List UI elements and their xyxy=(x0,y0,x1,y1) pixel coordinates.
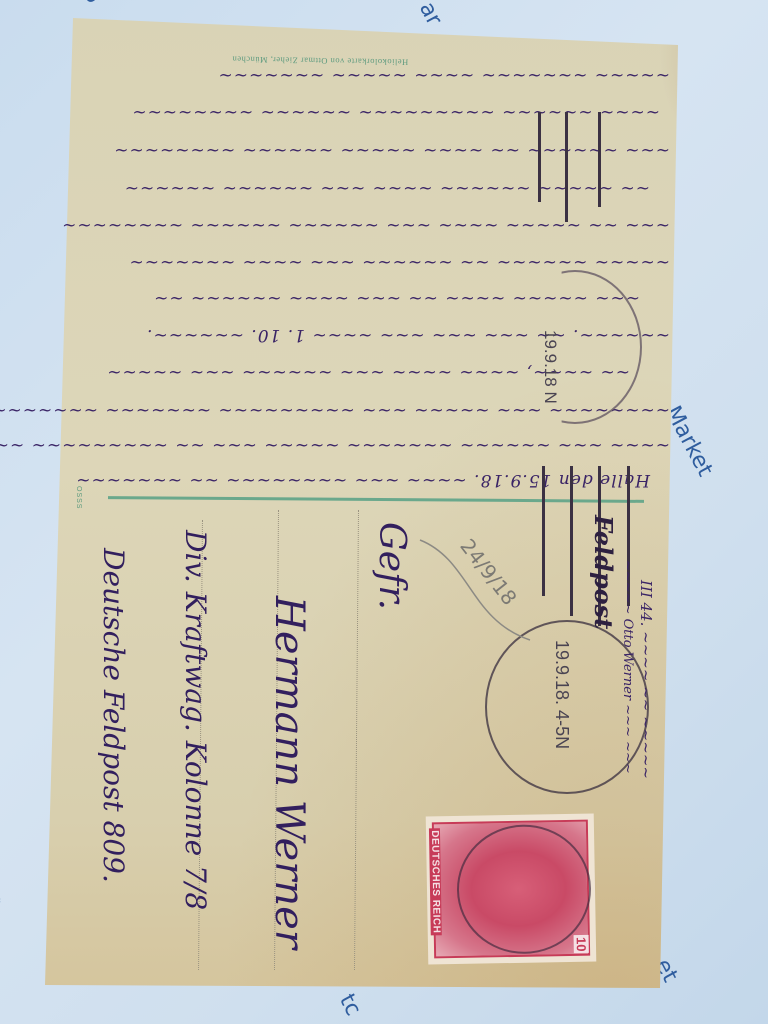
cancellation-bar xyxy=(598,112,601,207)
fieldpost-handwritten-mark: Feldpost xyxy=(589,515,618,629)
background-text-fragment: 5 xyxy=(78,0,107,8)
postage-stamp: DEUTSCHES REICH 10 xyxy=(426,814,597,965)
postmark-date: 19.9.18. 4-5N xyxy=(551,640,572,749)
message-line: ~~~~~ ~~~~~~ ~~ ~~~~~~ ~~~ ~~~~ ~~~~~~~ xyxy=(129,252,670,272)
message-line: ~~~~ ~~~ ~~~~~~ ~~~~~~~ ~~~~~ ~~~ ~~ ~~~… xyxy=(0,435,670,455)
address-title: Gefr. xyxy=(371,522,412,610)
stamp-denomination: 10 xyxy=(573,935,588,954)
message-line: ~~ ~~~~~ ~~~~~~ ~~~~ ~~~ ~~~~~~ ~~~~~~ xyxy=(124,178,650,198)
handwritten-message: Halle den 15.9.18. ~~~~ ~~~ ~~~~~~~~ ~~ … xyxy=(70,20,670,500)
stamp-country: DEUTSCHES REICH xyxy=(429,828,442,935)
sender-line: III 44. ~~~~ ~~ ~~~~~ xyxy=(637,580,655,779)
message-line: ~~~ ~~~~~~ ~~ ~~~~ ~~~~~ ~~~~~~ ~~~~~~~~ xyxy=(113,140,670,160)
message-line: ~~~~ ~~~~~~ ~~~~~~~~~ ~~~~~~ ~~~~~~~~ xyxy=(131,102,660,122)
cancellation-bar xyxy=(570,466,573,616)
sender-line: ~~~~~ Otto Werner ~~~ ~~~ xyxy=(620,560,635,774)
message-line: ~~~ ~~ ~~~~~ ~~~~ ~~~ ~~~~~~ ~~~~~~ ~~~~… xyxy=(61,215,670,235)
cancellation-bar xyxy=(538,112,541,202)
background-text-fragment: * xyxy=(0,895,3,909)
background-text-fragment: tc xyxy=(334,990,366,1020)
catalog-code: OSSS xyxy=(75,486,82,509)
address-name: Hermann Werner xyxy=(266,596,312,949)
message-line: Halle den 15.9.18. ~~~~ ~~~ ~~~~~~~~ ~~ … xyxy=(75,470,650,490)
address-unit: Div. Kraftwag. Kolonne 7/8 xyxy=(179,530,212,910)
postmark-date: 19.9.18 N xyxy=(540,330,560,404)
message-line: ~~~~~ ~~~~~~~ ~~~~ ~~~~~ ~~~~~~~ xyxy=(218,65,670,85)
address-postal: Deutsche Feldpost 809. xyxy=(97,548,130,883)
cancellation-bar xyxy=(565,112,568,222)
